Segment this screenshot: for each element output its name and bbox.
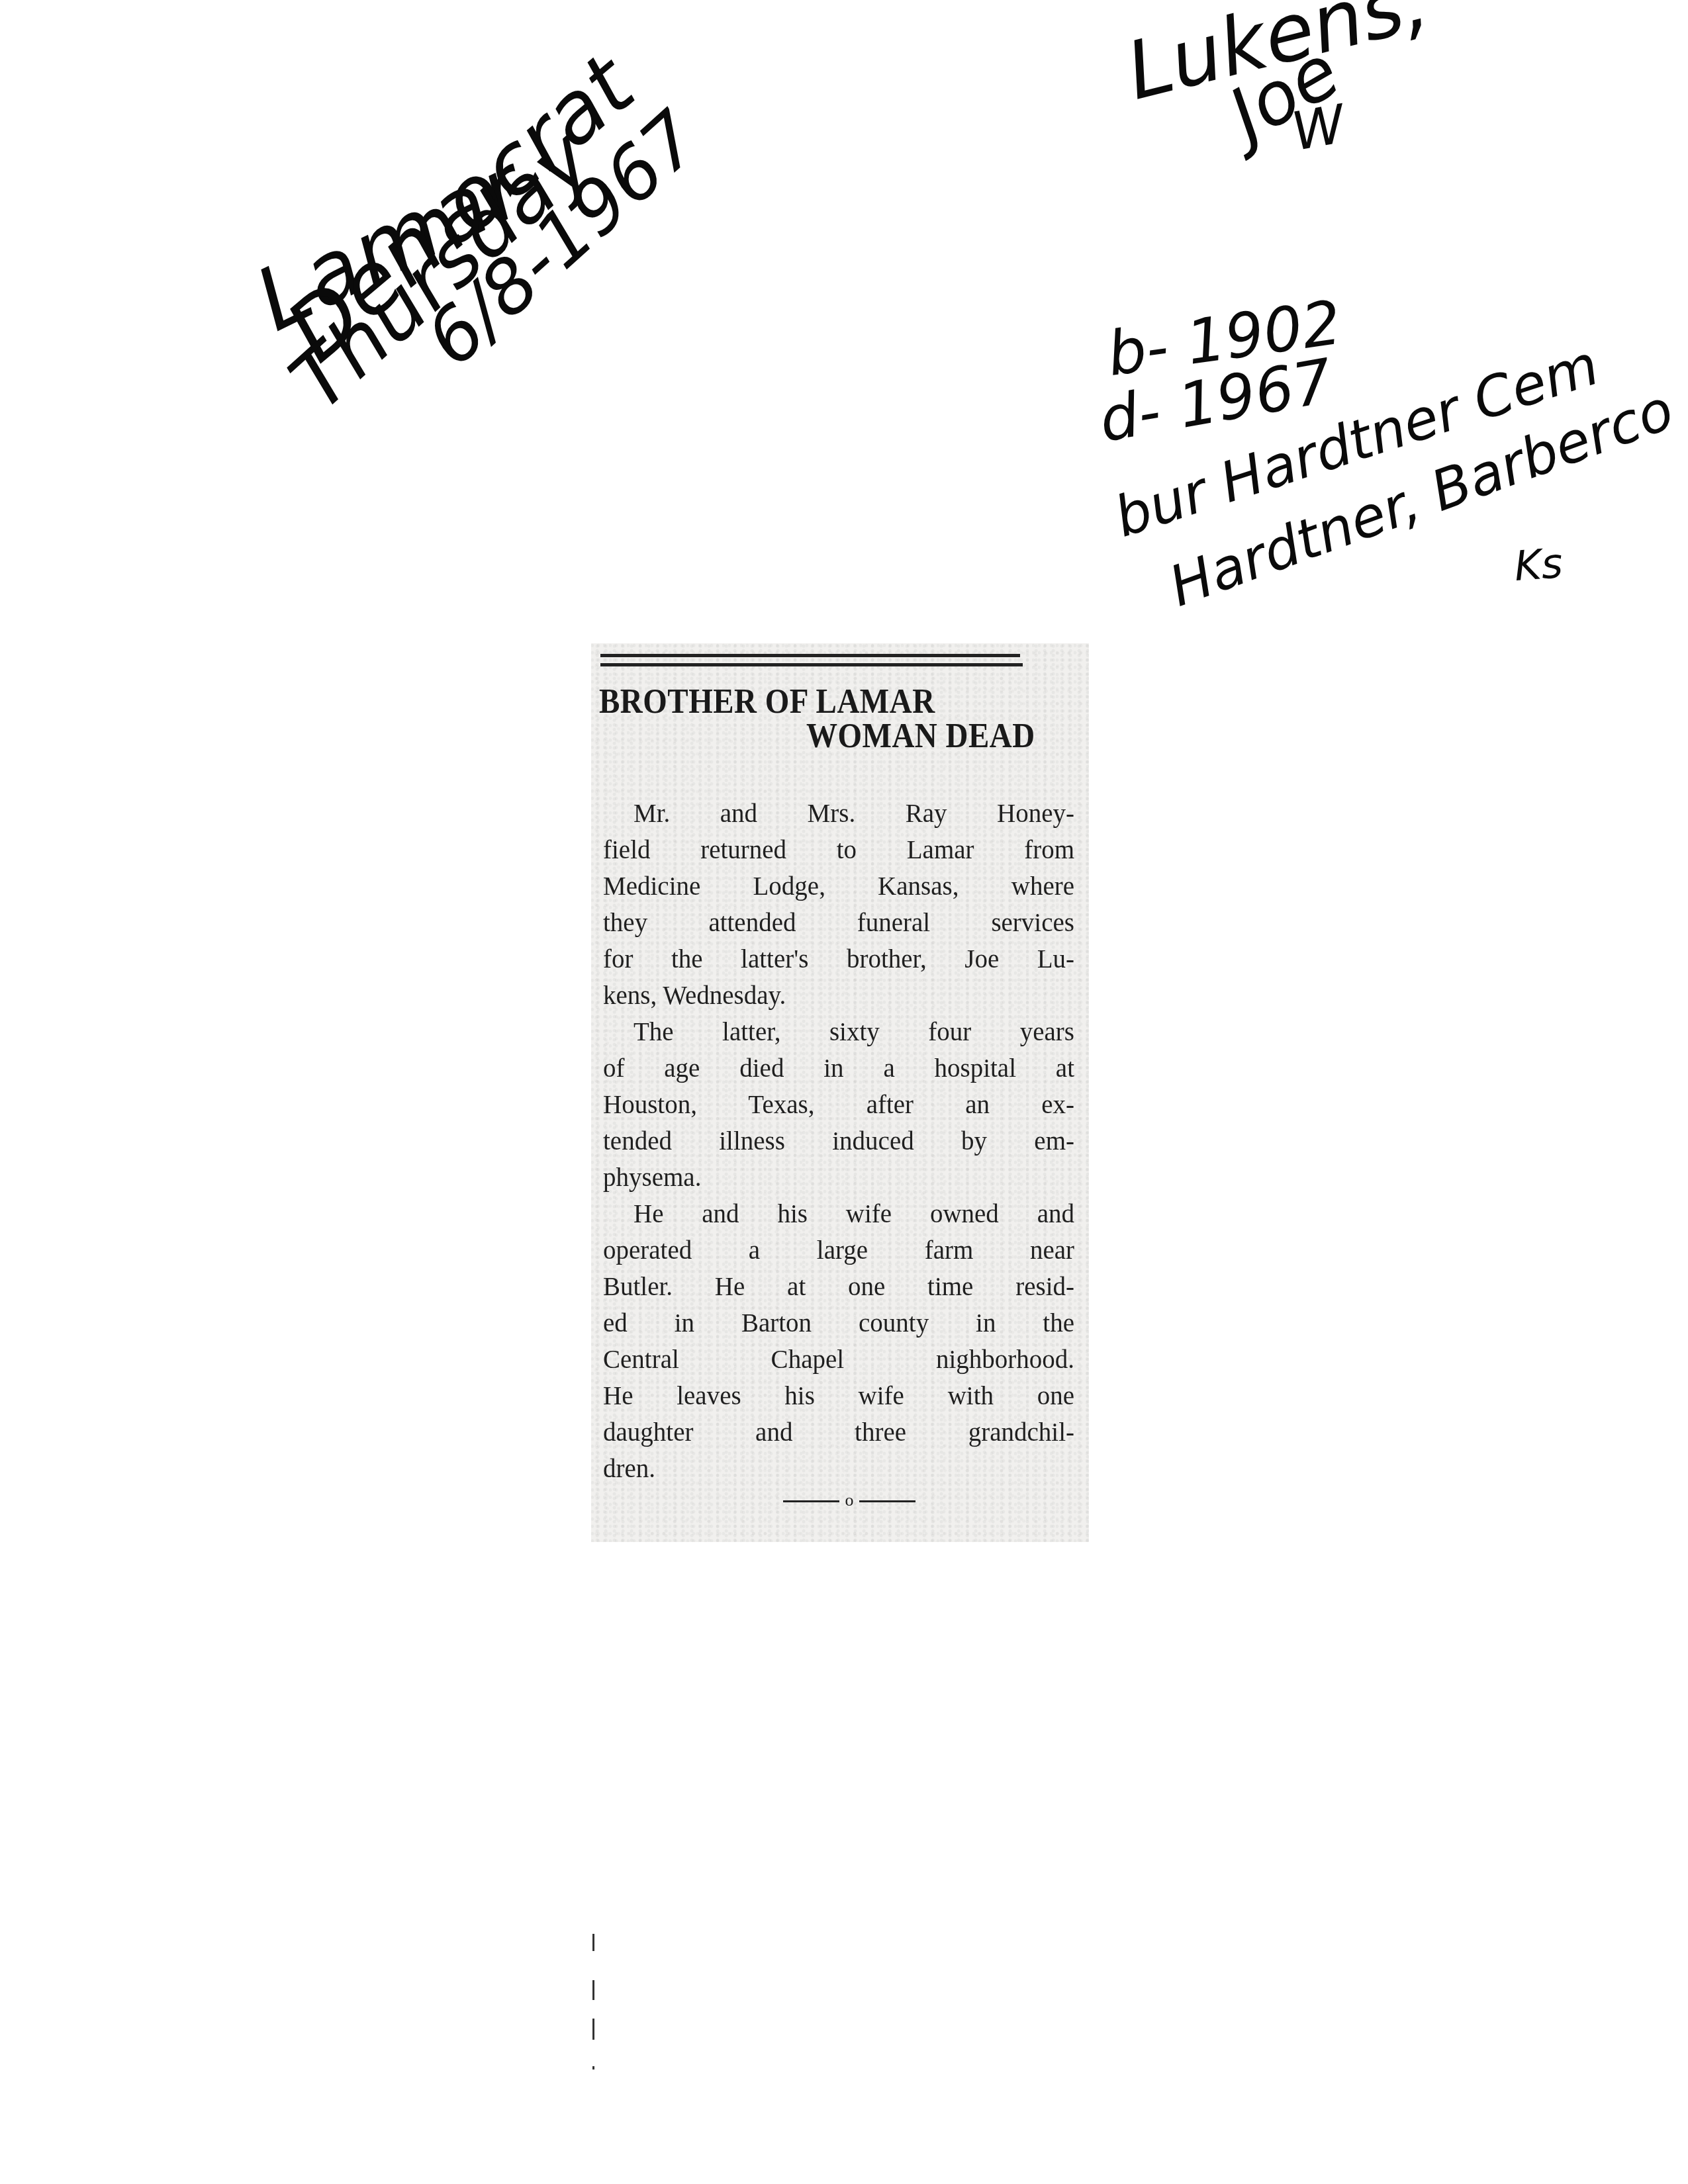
article-line: operated a large farm near: [603, 1232, 1074, 1269]
article-line: He leaves his wife with one: [603, 1378, 1074, 1414]
clipping-edge-marks: [591, 1934, 598, 2172]
handwritten-vitals-note: b- 1902 d- 1967 bur Hardtner Cem Hardtne…: [1092, 311, 1675, 629]
article-line: for the latter's brother, Joe Lu-: [603, 941, 1074, 978]
handwritten-source-note: Lamar Democrat Thursday 6/8-1967: [265, 152, 728, 417]
headline-line-2: WOMAN DEAD: [806, 716, 1035, 756]
article-line: Butler. He at one time resid-: [603, 1269, 1074, 1305]
article-end-mark: o: [783, 1494, 915, 1507]
article-line: Central Chapel nighborhood.: [603, 1342, 1074, 1378]
article-line: He and his wife owned and: [603, 1196, 1074, 1232]
article-line: daughter and three grandchil-: [603, 1414, 1074, 1451]
article-line: The latter, sixty four years: [603, 1014, 1074, 1050]
headline-rule-bottom: [600, 663, 1023, 666]
note-burial-state: Ks: [1513, 543, 1564, 587]
article-line: physema.: [603, 1160, 1074, 1196]
article-line: tended illness induced by em-: [603, 1123, 1074, 1160]
note-middle-initial: W: [1288, 97, 1349, 159]
article-line: of age died in a hospital at: [603, 1050, 1074, 1087]
newspaper-clipping: BROTHER OF LAMAR WOMAN DEAD Mr. and Mrs.…: [591, 643, 1089, 1542]
article-line: field returned to Lamar from: [603, 832, 1074, 868]
article-line: they attended funeral services: [603, 905, 1074, 941]
article-line: kens, Wednesday.: [603, 978, 1074, 1014]
article-line: dren.: [603, 1451, 1074, 1487]
article-line: Mr. and Mrs. Ray Honey-: [603, 796, 1074, 832]
handwritten-name-note: Lukens, Joe W: [1125, 0, 1443, 172]
article-line: Houston, Texas, after an ex-: [603, 1087, 1074, 1123]
article-line: Medicine Lodge, Kansas, where: [603, 868, 1074, 905]
article-line: ed in Barton county in the: [603, 1305, 1074, 1342]
headline-rule-top: [600, 654, 1020, 657]
article-body: Mr. and Mrs. Ray Honey- field returned t…: [603, 796, 1074, 1487]
